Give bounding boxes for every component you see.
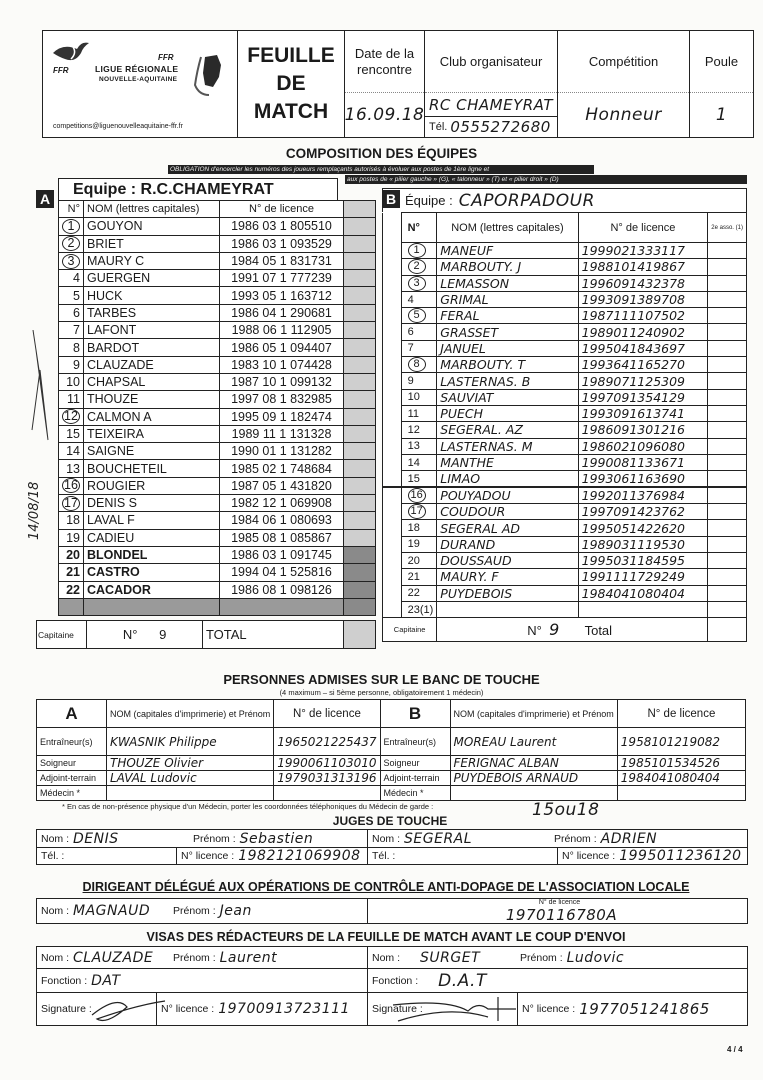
player-name[interactable]: BOUCHETEIL: [84, 460, 220, 477]
team-b-captain-row: Capitaine N° 9 Total: [383, 618, 747, 642]
player-name[interactable]: MARBOUTY. T: [437, 357, 578, 373]
player-side-cell[interactable]: [708, 585, 747, 601]
circled-number: 8: [408, 357, 426, 372]
player-side-cell[interactable]: [344, 564, 376, 581]
player-side-cell[interactable]: [708, 357, 747, 373]
player-number[interactable]: 9: [401, 373, 437, 389]
date-field[interactable]: 16.09.18: [345, 93, 424, 137]
player-licence[interactable]: [578, 601, 708, 617]
player-name[interactable]: HUCK: [84, 287, 220, 304]
club-field[interactable]: RC CHAMEYRAT: [425, 93, 557, 117]
circled-number: 12: [62, 409, 80, 424]
player-side-cell[interactable]: [344, 287, 376, 304]
player-number[interactable]: 2: [59, 235, 84, 252]
player-number[interactable]: 23(1): [401, 601, 437, 617]
ffr-rooster-logo-icon: [51, 39, 91, 65]
table-row: 7LAFONT1988 06 1 112905: [59, 322, 376, 339]
col-name: NOM (lettres capitales): [437, 213, 578, 243]
player-side-cell[interactable]: [344, 339, 376, 356]
bench-name-b[interactable]: FERIGNAC ALBAN: [450, 756, 617, 771]
player-number[interactable]: 19: [401, 536, 437, 552]
player-side-cell[interactable]: [344, 581, 376, 598]
player-licence[interactable]: 1987111107502: [578, 308, 708, 324]
player-side-cell[interactable]: [708, 438, 747, 454]
player-number[interactable]: 21: [401, 569, 437, 585]
bench-licence-a[interactable]: 1965021225437: [274, 728, 380, 756]
player-licence[interactable]: 1995 09 1 182474: [220, 408, 344, 425]
player-licence[interactable]: 1984041080404: [578, 585, 708, 601]
player-side-cell[interactable]: [344, 495, 376, 512]
player-name[interactable]: FERAL: [437, 308, 578, 324]
player-number[interactable]: 22: [401, 585, 437, 601]
table-row: 14SAIGNE1990 01 1 131282: [59, 443, 376, 460]
player-side-cell[interactable]: [708, 422, 747, 438]
bench-licence-a[interactable]: 1990061103010: [274, 756, 380, 771]
juge-left-licence-field[interactable]: 1982121069908: [238, 848, 360, 864]
visa-right-prenom-field[interactable]: Ludovic: [567, 950, 625, 966]
bench-role-a: Adjoint-terrain: [37, 771, 107, 786]
juge-right-prenom-field[interactable]: ADRIEN: [601, 831, 658, 847]
player-name[interactable]: DURAND: [437, 536, 578, 552]
player-side-cell[interactable]: [708, 308, 747, 324]
player-number[interactable]: 11: [59, 391, 84, 408]
bench-table: A NOM (capitales d'imprimerie) et Prénom…: [36, 699, 746, 801]
player-licence[interactable]: 1995031184595: [578, 553, 708, 569]
player-licence[interactable]: 1986021096080: [578, 438, 708, 454]
player-licence[interactable]: 1988101419867: [578, 259, 708, 275]
player-name[interactable]: CHAPSAL: [84, 373, 220, 390]
league-email: competitions@liguenouvelleaquitaine-ffr.…: [53, 123, 183, 130]
bench-name-b[interactable]: PUYDEBOIS ARNAUD: [450, 771, 617, 786]
visa-left-signature-cell[interactable]: Signature :: [37, 993, 157, 1025]
player-side-cell[interactable]: [344, 270, 376, 287]
bench-licence-a[interactable]: 1979031313196: [274, 771, 380, 786]
table-row: 6GRASSET1989011240902: [383, 324, 747, 340]
player-number[interactable]: 1: [401, 243, 437, 259]
player-number[interactable]: 17: [401, 504, 437, 520]
total-field[interactable]: [343, 621, 375, 649]
table-row: 7JANUEL1995041843697: [383, 340, 747, 356]
player-side-cell[interactable]: [344, 460, 376, 477]
player-licence[interactable]: 1995051422620: [578, 520, 708, 536]
match-sheet-header: FFR FFR LIGUE RÉGIONALE NOUVELLE-AQUITAI…: [42, 30, 754, 138]
table-row: 15TEIXEIRA1989 11 1 131328: [59, 425, 376, 442]
bench-row: Adjoint-terrainLAVAL Ludovic197903131319…: [37, 771, 746, 786]
visa-right-fonction-field[interactable]: D.A.T: [438, 971, 487, 991]
table-row: 10CHAPSAL1987 10 1 099132: [59, 373, 376, 390]
player-name[interactable]: TEIXEIRA: [84, 425, 220, 442]
player-number[interactable]: 22: [59, 581, 84, 598]
player-side-cell[interactable]: [344, 408, 376, 425]
player-name[interactable]: BARDOT: [84, 339, 220, 356]
player-number[interactable]: 7: [59, 322, 84, 339]
player-name[interactable]: CACADOR: [84, 581, 220, 598]
table-row: 22PUYDEBOIS1984041080404: [383, 585, 747, 601]
player-name[interactable]: DOUSSAUD: [437, 553, 578, 569]
col-side: 2e asso. (1): [708, 213, 747, 243]
bench-name-b[interactable]: [450, 786, 617, 801]
table-row: 17COUDOUR1997091423762: [383, 504, 747, 520]
dopage-licence-field[interactable]: 1970116780A: [506, 906, 617, 924]
player-name[interactable]: LIMAO: [437, 471, 578, 488]
bench-name-a[interactable]: [107, 786, 274, 801]
bench-licence-a[interactable]: [274, 786, 380, 801]
bench-team-a: A: [37, 700, 107, 728]
player-side-cell[interactable]: [708, 520, 747, 536]
visa-right-nom-field[interactable]: SURGET: [420, 950, 520, 966]
visa-left-fonction-field[interactable]: DAT: [91, 973, 120, 989]
ffr-label: FFR: [158, 53, 174, 62]
player-licence[interactable]: 1984 05 1 831731: [220, 252, 344, 269]
team-a-rows: 1GOUYON1986 03 1 8055102BRIET1986 03 1 0…: [59, 218, 376, 616]
visas-box: Nom :CLAUZADE Prénom :Laurent Nom :SURGE…: [36, 946, 748, 1026]
juge-right-licence-field[interactable]: 1995011236120: [619, 848, 741, 864]
player-licence[interactable]: 1993091389708: [578, 291, 708, 307]
player-number[interactable]: 13: [401, 438, 437, 454]
team-b-name-field[interactable]: CAPORPADOUR: [459, 191, 595, 211]
player-licence[interactable]: 1990081133671: [578, 454, 708, 470]
player-licence[interactable]: 1996091432378: [578, 275, 708, 291]
player-name[interactable]: LEMASSON: [437, 275, 578, 291]
bench-name-a[interactable]: KWASNIK Philippe: [107, 728, 274, 756]
visas-row-fonction: Fonction :DAT Fonction :D.A.T: [37, 969, 747, 993]
bench-header-row: A NOM (capitales d'imprimerie) et Prénom…: [37, 700, 746, 728]
player-name[interactable]: MAURY C: [84, 252, 220, 269]
player-side-cell[interactable]: [344, 252, 376, 269]
player-number[interactable]: 10: [59, 373, 84, 390]
visa-left-prenom-field[interactable]: Laurent: [220, 950, 277, 966]
juge-left-licence-cell: N° licence :1982121069908: [177, 848, 368, 864]
player-name[interactable]: [437, 601, 578, 617]
player-number[interactable]: 14: [59, 443, 84, 460]
competition-column: Compétition Honneur: [558, 31, 690, 137]
juge-left-prenom-field[interactable]: Sebastien: [240, 831, 314, 847]
player-side-cell[interactable]: [344, 235, 376, 252]
player-name[interactable]: MARBOUTY. J: [437, 259, 578, 275]
player-licence[interactable]: 1995041843697: [578, 340, 708, 356]
player-side-cell[interactable]: [708, 536, 747, 552]
player-licence[interactable]: 1999021333117: [578, 243, 708, 259]
player-number[interactable]: 1: [59, 218, 84, 235]
bench-team-b: B: [380, 700, 450, 728]
player-number[interactable]: 20: [401, 553, 437, 569]
player-number[interactable]: 5: [59, 287, 84, 304]
table-row: 16ROUGIER1987 05 1 431820: [59, 477, 376, 494]
player-side-cell[interactable]: [344, 477, 376, 494]
player-side-cell[interactable]: [344, 546, 376, 563]
table-row: 3LEMASSON1996091432378: [383, 275, 747, 291]
dopage-prenom-field[interactable]: Jean: [220, 903, 252, 919]
bench-name-a[interactable]: LAVAL Ludovic: [107, 771, 274, 786]
player-licence[interactable]: 1993 05 1 163712: [220, 287, 344, 304]
player-side-cell[interactable]: [708, 324, 747, 340]
player-side-cell[interactable]: [344, 373, 376, 390]
player-side-cell[interactable]: [708, 601, 747, 617]
visa-right-licence-field[interactable]: 1977051241865: [579, 1000, 710, 1018]
table-row: 18LAVAL F1984 06 1 080693: [59, 512, 376, 529]
player-name[interactable]: SEGERAL AD: [437, 520, 578, 536]
table-row: 18SEGERAL AD1995051422620: [383, 520, 747, 536]
player-side-cell[interactable]: [708, 259, 747, 275]
player-name[interactable]: SAIGNE: [84, 443, 220, 460]
player-name[interactable]: CALMON A: [84, 408, 220, 425]
player-side-cell[interactable]: [708, 373, 747, 389]
juge-left-nom-field[interactable]: DENIS: [73, 831, 163, 847]
table-row: 11THOUZE1997 08 1 832985: [59, 391, 376, 408]
bench-col-name-a: NOM (capitales d'imprimerie) et Prénom: [107, 700, 274, 728]
player-name[interactable]: MAURY. F: [437, 569, 578, 585]
player-side-cell[interactable]: [344, 529, 376, 546]
player-side-cell[interactable]: [708, 275, 747, 291]
circled-number: 17: [62, 496, 80, 511]
visas-title: VISAS DES RÉDACTEURS DE LA FEUILLE DE MA…: [30, 930, 742, 944]
signature-right-icon: [388, 995, 518, 1023]
player-licence[interactable]: 1993091613741: [578, 405, 708, 421]
player-licence[interactable]: 1984 06 1 080693: [220, 512, 344, 529]
table-row: 20DOUSSAUD1995031184595: [383, 553, 747, 569]
player-number[interactable]: 4: [401, 291, 437, 307]
player-number[interactable]: 7: [401, 340, 437, 356]
player-licence[interactable]: 1986 05 1 094407: [220, 339, 344, 356]
table-row: 5FERAL1987111107502: [383, 308, 747, 324]
player-licence[interactable]: 1993061163690: [578, 471, 708, 488]
player-side-cell[interactable]: [708, 569, 747, 585]
player-side-cell[interactable]: [708, 243, 747, 259]
poule-field[interactable]: 1: [690, 93, 753, 137]
player-number[interactable]: 13: [59, 460, 84, 477]
player-number[interactable]: 4: [59, 270, 84, 287]
player-licence[interactable]: 1994 04 1 525816: [220, 564, 344, 581]
player-name[interactable]: LASTERNAS. B: [437, 373, 578, 389]
player-name[interactable]: DENIS S: [84, 495, 220, 512]
player-name[interactable]: GRASSET: [437, 324, 578, 340]
visa-left-name-cell: Nom :CLAUZADE Prénom :Laurent: [37, 947, 368, 968]
table-row: 10SAUVIAT1997091354129: [383, 389, 747, 405]
player-number[interactable]: 6: [401, 324, 437, 340]
player-side-cell[interactable]: [344, 322, 376, 339]
player-name[interactable]: MANEUF: [437, 243, 578, 259]
player-number[interactable]: 16: [59, 477, 84, 494]
circled-number: 1: [408, 243, 426, 258]
player-side-cell[interactable]: [708, 389, 747, 405]
player-name[interactable]: GRIMAL: [437, 291, 578, 307]
player-name[interactable]: BLONDEL: [84, 546, 220, 563]
player-licence[interactable]: 1997 08 1 832985: [220, 391, 344, 408]
circled-number: 3: [408, 276, 426, 291]
player-name[interactable]: LAFONT: [84, 322, 220, 339]
player-side-cell[interactable]: [708, 291, 747, 307]
player-number[interactable]: 16: [401, 487, 437, 504]
player-side-cell[interactable]: [344, 356, 376, 373]
player-number[interactable]: 15: [401, 471, 437, 488]
player-licence[interactable]: 1983 10 1 074428: [220, 356, 344, 373]
player-name[interactable]: LAVAL F: [84, 512, 220, 529]
captain-number[interactable]: 9: [159, 627, 166, 642]
table-row: 1GOUYON1986 03 1 805510: [59, 218, 376, 235]
player-name[interactable]: ROUGIER: [84, 477, 220, 494]
player-licence[interactable]: 1988 06 1 112905: [220, 322, 344, 339]
player-number[interactable]: 18: [401, 520, 437, 536]
circled-number: 2: [408, 259, 426, 274]
player-name[interactable]: GUERGEN: [84, 270, 220, 287]
captain-number[interactable]: 9: [549, 620, 559, 639]
player-licence[interactable]: 1991111729249: [578, 569, 708, 585]
player-name[interactable]: JANUEL: [437, 340, 578, 356]
player-name[interactable]: PUYDEBOIS: [437, 585, 578, 601]
player-number[interactable]: 15: [59, 425, 84, 442]
player-number[interactable]: 8: [59, 339, 84, 356]
player-side-cell[interactable]: [708, 405, 747, 421]
circled-number: 16: [62, 478, 80, 493]
player-number[interactable]: 5: [401, 308, 437, 324]
player-licence[interactable]: 1992011376984: [578, 487, 708, 504]
player-number[interactable]: 14: [401, 454, 437, 470]
team-b-section: B Équipe : CAPORPADOUR N° NOM (lettres c…: [382, 188, 747, 642]
player-name[interactable]: PUECH: [437, 405, 578, 421]
player-side-cell[interactable]: [344, 304, 376, 321]
player-number[interactable]: 20: [59, 546, 84, 563]
bench-name-b[interactable]: MOREAU Laurent: [450, 728, 617, 756]
total-field[interactable]: [708, 618, 747, 642]
table-row: 3MAURY C1984 05 1 831731: [59, 252, 376, 269]
dopage-nom-field[interactable]: MAGNAUD: [73, 903, 173, 919]
bench-row: SoigneurTHOUZE Olivier1990061103010Soign…: [37, 756, 746, 771]
circled-number: 3: [62, 254, 80, 269]
medecin-note: * En cas de non-présence physique d'un M…: [62, 802, 433, 811]
player-number[interactable]: 6: [59, 304, 84, 321]
player-side-cell[interactable]: [708, 553, 747, 569]
player-licence[interactable]: 1990 01 1 131282: [220, 443, 344, 460]
player-side-cell[interactable]: [344, 443, 376, 460]
player-licence[interactable]: 1989031119530: [578, 536, 708, 552]
player-licence[interactable]: 1985 02 1 748684: [220, 460, 344, 477]
visa-left-licence-field[interactable]: 19700913723111: [218, 1001, 350, 1017]
bench-licence-b[interactable]: [617, 786, 745, 801]
player-side-cell[interactable]: [708, 487, 747, 504]
player-number[interactable]: 19: [59, 529, 84, 546]
player-number[interactable]: 10: [401, 389, 437, 405]
player-licence[interactable]: 1985 08 1 085867: [220, 529, 344, 546]
player-licence[interactable]: 1993641165270: [578, 357, 708, 373]
player-number[interactable]: 3: [401, 275, 437, 291]
player-licence[interactable]: 1997091423762: [578, 504, 708, 520]
player-number[interactable]: 3: [59, 252, 84, 269]
col-shaded: [344, 201, 376, 218]
player-licence[interactable]: 1991 07 1 777239: [220, 270, 344, 287]
player-name[interactable]: BRIET: [84, 235, 220, 252]
date-column: Date de la rencontre 16.09.18: [345, 31, 425, 137]
bench-licence-b[interactable]: 1985101534526: [617, 756, 745, 771]
player-name[interactable]: POUYADOU: [437, 487, 578, 504]
juge-right-name-cell: Nom :SEGERAL Prénom :ADRIEN: [368, 830, 747, 847]
player-licence[interactable]: 1986 03 1 093529: [220, 235, 344, 252]
player-name[interactable]: MANTHE: [437, 454, 578, 470]
table-row: 12SEGERAL. AZ1986091301216: [383, 422, 747, 438]
tel-label: Tél.: [429, 121, 447, 133]
player-number[interactable]: 11: [401, 405, 437, 421]
captain-label: Capitaine: [383, 618, 437, 642]
competition-field[interactable]: Honneur: [558, 93, 689, 137]
team-b-header-row: N° NOM (lettres capitales) N° de licence…: [383, 213, 747, 243]
table-row-blank: [59, 598, 376, 615]
player-licence[interactable]: 1986 03 1 805510: [220, 218, 344, 235]
player-name[interactable]: CASTRO: [84, 564, 220, 581]
bench-name-a[interactable]: THOUZE Olivier: [107, 756, 274, 771]
competition-label: Compétition: [558, 31, 689, 93]
bench-col-name-b: NOM (capitales d'imprimerie) et Prénom: [450, 700, 617, 728]
visa-left-nom-field[interactable]: CLAUZADE: [73, 950, 173, 966]
player-side-cell[interactable]: [344, 218, 376, 235]
page-number: 4 / 4: [727, 1045, 743, 1054]
player-side-cell[interactable]: [344, 512, 376, 529]
player-side-cell[interactable]: [708, 340, 747, 356]
player-name[interactable]: COUDOUR: [437, 504, 578, 520]
player-number[interactable]: 12: [59, 408, 84, 425]
player-side-cell[interactable]: [708, 454, 747, 470]
player-number[interactable]: 2: [401, 259, 437, 275]
captain-label: Capitaine: [37, 621, 87, 649]
player-licence[interactable]: 1989 11 1 131328: [220, 425, 344, 442]
player-side-cell[interactable]: [708, 504, 747, 520]
medecin-phone-field[interactable]: 15ou18: [532, 800, 599, 820]
player-licence[interactable]: 1986 03 1 091745: [220, 546, 344, 563]
obligation-note-line2: aux postes de « pilier gauche » (G), « t…: [345, 175, 747, 184]
player-name[interactable]: GOUYON: [84, 218, 220, 235]
player-licence[interactable]: 1987 05 1 431820: [220, 477, 344, 494]
player-side-cell[interactable]: [708, 471, 747, 488]
tel-field[interactable]: 0555272680: [450, 118, 550, 136]
player-licence[interactable]: 1989011240902: [578, 324, 708, 340]
player-name[interactable]: SEGERAL. AZ: [437, 422, 578, 438]
svg-text:14/08/18: 14/08/18: [28, 482, 42, 540]
player-side-cell[interactable]: [344, 425, 376, 442]
player-name[interactable]: LASTERNAS. M: [437, 438, 578, 454]
player-name[interactable]: CADIEU: [84, 529, 220, 546]
player-licence[interactable]: 1989071125309: [578, 373, 708, 389]
player-number[interactable]: 17: [59, 495, 84, 512]
player-licence[interactable]: 1986091301216: [578, 422, 708, 438]
circled-number: 5: [408, 308, 426, 323]
league-name-line2: NOUVELLE-AQUITAINE: [99, 76, 177, 83]
bench-licence-b[interactable]: 1958101219082: [617, 728, 745, 756]
player-licence[interactable]: 1987 10 1 099132: [220, 373, 344, 390]
player-number[interactable]: 9: [59, 356, 84, 373]
table-row: 5HUCK1993 05 1 163712: [59, 287, 376, 304]
visa-right-signature-cell[interactable]: Signature :: [368, 993, 518, 1025]
player-licence[interactable]: 1986 04 1 290681: [220, 304, 344, 321]
table-row: 2BRIET1986 03 1 093529: [59, 235, 376, 252]
player-licence[interactable]: 1982 12 1 069908: [220, 495, 344, 512]
team-a-table: N° NOM (lettres capitales) N° de licence…: [58, 200, 376, 616]
player-licence[interactable]: 1986 08 1 098126: [220, 581, 344, 598]
bench-title: PERSONNES ADMISES SUR LE BANC DE TOUCHE: [0, 672, 763, 687]
player-licence[interactable]: 1997091354129: [578, 389, 708, 405]
player-name[interactable]: SAUVIAT: [437, 389, 578, 405]
player-number[interactable]: 18: [59, 512, 84, 529]
player-number[interactable]: 12: [401, 422, 437, 438]
circled-number: 1: [62, 219, 80, 234]
player-name[interactable]: THOUZE: [84, 391, 220, 408]
player-name[interactable]: CLAUZADE: [84, 356, 220, 373]
table-row: 13BOUCHETEIL1985 02 1 748684: [59, 460, 376, 477]
player-number[interactable]: 21: [59, 564, 84, 581]
player-number[interactable]: 8: [401, 357, 437, 373]
juge-right-nom-field[interactable]: SEGERAL: [404, 831, 524, 847]
player-name[interactable]: TARBES: [84, 304, 220, 321]
player-side-cell[interactable]: [344, 391, 376, 408]
bench-licence-b[interactable]: 1984041080404: [617, 771, 745, 786]
bench-role-b: Médecin *: [380, 786, 450, 801]
